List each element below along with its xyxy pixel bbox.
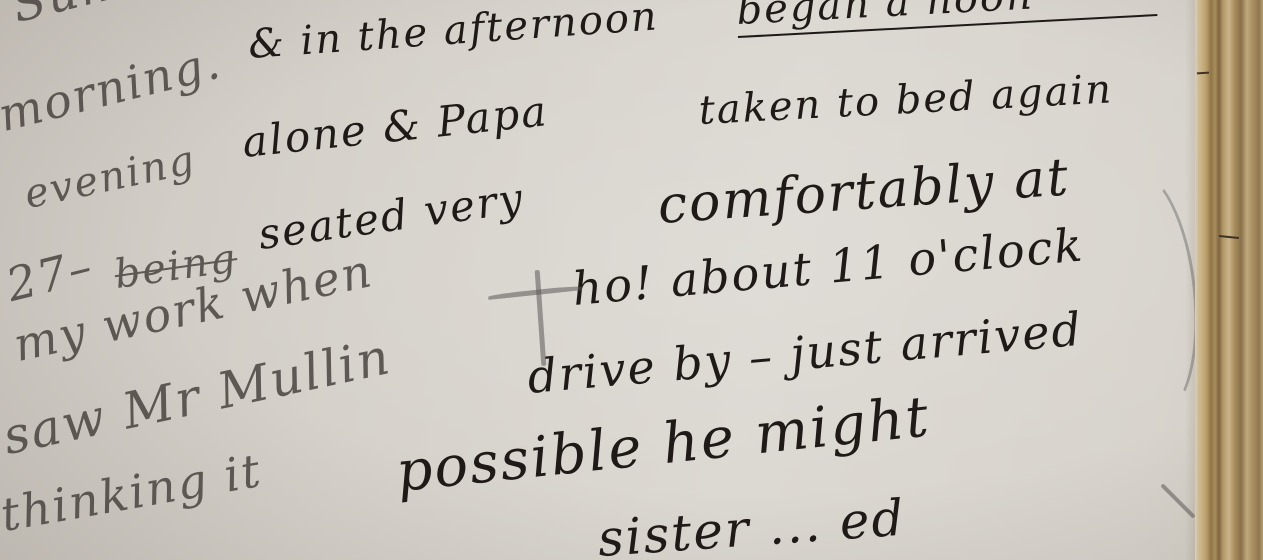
- book-page-edges: [1195, 0, 1263, 560]
- line-2-mid: & in the afternoon: [247, 0, 660, 68]
- line-8-right: sister ... ed: [596, 489, 907, 560]
- line-4-mid: seated very: [255, 173, 527, 259]
- manuscript-photo: Sunday ... morning. & in the afternoon b…: [0, 0, 1263, 560]
- line-1-left: Sunday ...: [6, 0, 274, 34]
- line-3-left: evening: [20, 137, 200, 218]
- line-2-underlined: began a noon: [735, 0, 1157, 38]
- line-4-left: 27–: [1, 238, 99, 312]
- line-3-mid: alone & Papa: [240, 86, 551, 167]
- line-3-right: taken to bed again: [698, 66, 1114, 134]
- line-2-left: morning.: [0, 35, 227, 142]
- line-4-right: comfortably at: [656, 147, 1072, 236]
- line-6-right: drive by – just arrived: [525, 302, 1085, 404]
- line-5-right: ho! about 11 o'clock: [570, 217, 1086, 316]
- line-7-right: possible he might: [393, 384, 933, 505]
